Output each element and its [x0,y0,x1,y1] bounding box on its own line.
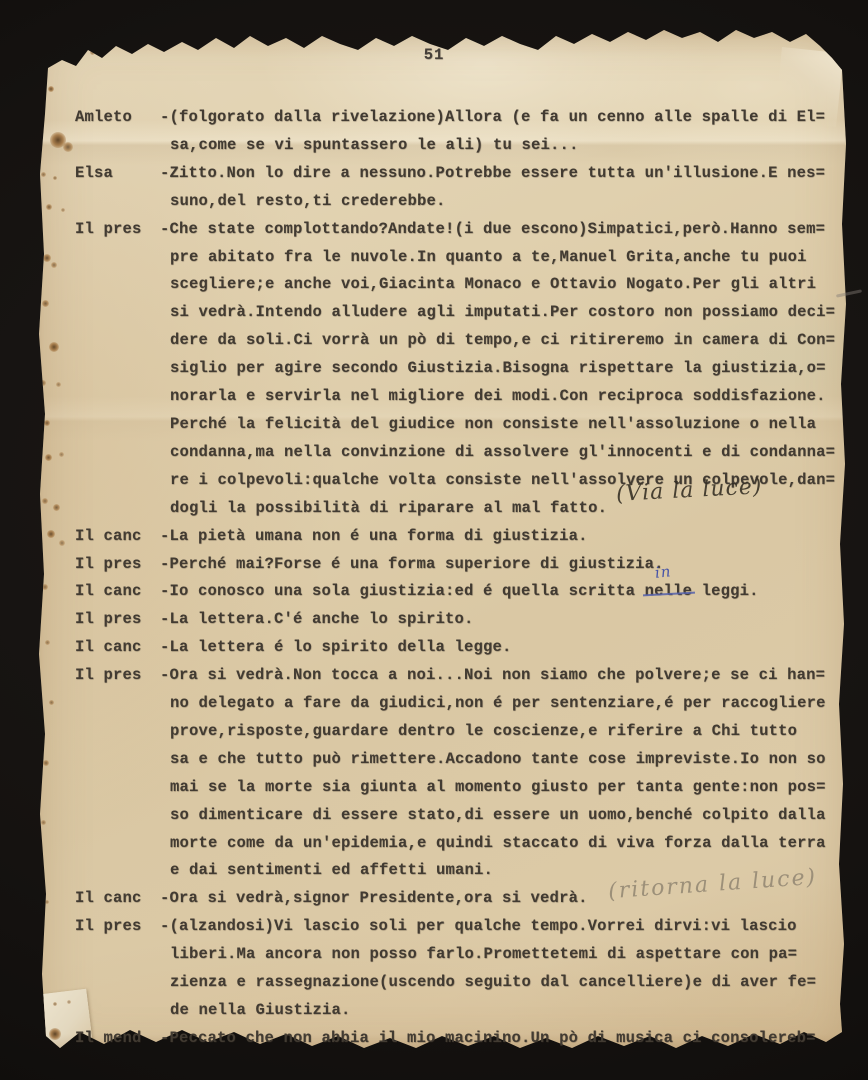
speech-line: de nella Giustizia. [160,997,845,1025]
rust-spot [108,44,112,48]
rust-spot [45,640,50,645]
speech-line: -(folgorato dalla rivelazione)Allora (e … [160,104,845,132]
rust-spot [46,204,52,210]
speaker-label: Il canc [75,885,160,913]
speech-text: -La pietà umana non é una forma di giust… [160,523,845,551]
dialogue-row: Il mend-Peccato che non abbia il mio mac… [75,1025,845,1053]
speech-line: scegliere;e anche voi,Giacinta Monaco e … [160,271,845,299]
rust-spot [47,530,55,538]
speech-line: dere da soli.Ci vorrà un pò di tempo,e c… [160,327,845,355]
speech-line: pre abitato fra le nuvole.In quanto a te… [160,244,845,272]
speaker-label: Il pres [75,551,160,579]
rust-spot [42,300,49,307]
dialogue-row: Il canc-Io conosco una sola giustizia:ed… [75,578,845,606]
dialogue-row: Il pres-Ora si vedrà.Non tocca a noi...N… [75,662,845,885]
speaker-label: Il canc [75,523,160,551]
speaker-label: Il canc [75,634,160,662]
rust-spot [63,142,73,152]
speaker-label: Il pres [75,662,160,885]
speech-line: zienza e rassegnazione(uscendo seguito d… [160,969,845,997]
speech-line: -La lettera.C'é anche lo spirito. [160,606,845,634]
speaker-label: Il canc [75,578,160,606]
rust-spot [51,262,57,268]
speech-line: -Peccato che non abbia il mio macinino.U… [160,1025,845,1053]
rust-spot [42,498,48,504]
speaker-label: Il mend [75,1025,160,1053]
speech-text: -Perché mai?Forse é una forma superiore … [160,551,845,579]
speech-line: -Zitto.Non lo dire a nessuno.Potrebbe es… [160,160,845,188]
rust-spot [53,504,60,511]
speech-line: no delegato a fare da giudici,non é per … [160,690,845,718]
speech-text: -Peccato che non abbia il mio macinino.U… [160,1025,845,1053]
speech-line: sa e che tutto può rimettere.Accadono ta… [160,746,845,774]
dialogue-row: Il pres-(alzandosi)Vi lascio soli per qu… [75,913,845,1025]
speech-line: -La pietà umana non é una forma di giust… [160,523,845,551]
speech-line: prove,risposte,guardare dentro le coscie… [160,718,845,746]
speech-line: Perché la felicità del giudice non consi… [160,411,845,439]
page-number: 51 [404,48,464,64]
rust-spot [45,454,52,461]
speech-line: norarla e servirla nel migliore dei modi… [160,383,845,411]
speech-text: -La lettera é lo spirito della legge. [160,634,845,662]
rust-spot [53,176,57,180]
speech-line: -(alzandosi)Vi lascio soli per qualche t… [160,913,845,941]
speech-text: -La lettera.C'é anche lo spirito. [160,606,845,634]
speech-text: -(folgorato dalla rivelazione)Allora (e … [160,104,845,160]
rust-spot [43,254,51,262]
rust-spot [41,172,46,177]
rust-spot [48,86,54,92]
rust-spot [40,380,46,386]
speech-line: condanna,ma nella convinzione di assolve… [160,439,845,467]
rust-spot [43,760,49,766]
rust-spot [90,50,95,55]
dialogue-row: Amleto-(folgorato dalla rivelazione)Allo… [75,104,845,160]
rust-spot [53,1002,57,1006]
rust-spot [49,342,59,352]
speech-line: -La lettera é lo spirito della legge. [160,634,845,662]
speech-line: -Ora si vedrà.Non tocca a noi...Noi non … [160,662,845,690]
rust-spot [39,996,44,1001]
speech-text: -Ora si vedrà.Non tocca a noi...Noi non … [160,662,845,885]
speech-line: -Perché mai?Forse é una forma superiore … [160,551,845,579]
speech-line: so dimenticare di essere stato,di essere… [160,802,845,830]
rust-spot [42,584,48,590]
rust-spot [49,700,54,705]
speech-line: si vedrà.Intendo alludere agli imputati.… [160,299,845,327]
speech-line: mai se la morte sia giunta al momento gi… [160,774,845,802]
handwritten-insertion: in [654,565,672,582]
speech-line: -Che state complottando?Andate!(i due es… [160,216,845,244]
speaker-label: Elsa [75,160,160,216]
rust-spot [44,420,50,426]
speech-line: morte come da un'epidemia,e quindi stacc… [160,830,845,858]
rust-spot [61,208,65,212]
dialogue-row: Il pres-Perché mai?Forse é una forma sup… [75,551,845,579]
speaker-label: Il pres [75,913,160,1025]
script-body: Amleto-(folgorato dalla rivelazione)Allo… [75,104,845,1053]
speech-line: -Io conosco una sola giustizia:ed é quel… [160,578,845,606]
speaker-label: Il pres [75,216,160,523]
dialogue-row: Il canc-La pietà umana non é una forma d… [75,523,845,551]
rust-spot [59,452,64,457]
rust-spot [41,820,46,825]
rust-spot [56,382,61,387]
speech-line: suno,del resto,ti crederebbe. [160,188,845,216]
struck-word: nellein [645,582,693,600]
rust-spot [49,1028,61,1040]
speech-line: siglio per agire secondo Giustizia.Bisog… [160,355,845,383]
speaker-label: Il pres [75,606,160,634]
dialogue-row: Il pres-La lettera.C'é anche lo spirito. [75,606,845,634]
speech-text: -Io conosco una sola giustizia:ed é quel… [160,578,845,606]
rust-spot [45,900,49,904]
rust-spot [67,1000,71,1004]
dialogue-row: Elsa-Zitto.Non lo dire a nessuno.Potrebb… [75,160,845,216]
speech-text: -(alzandosi)Vi lascio soli per qualche t… [160,913,845,1025]
speech-line: liberi.Ma ancora non posso farlo.Promett… [160,941,845,969]
speech-line: sa,come se vi spuntassero le ali) tu sei… [160,132,845,160]
dialogue-row: Il canc-La lettera é lo spirito della le… [75,634,845,662]
speech-text: -Zitto.Non lo dire a nessuno.Potrebbe es… [160,160,845,216]
photographed-typescript-page: { "page": { "number": "51" }, "colors": … [0,0,868,1080]
rust-spot [59,540,65,546]
speaker-label: Amleto [75,104,160,160]
rust-spot [758,28,764,34]
